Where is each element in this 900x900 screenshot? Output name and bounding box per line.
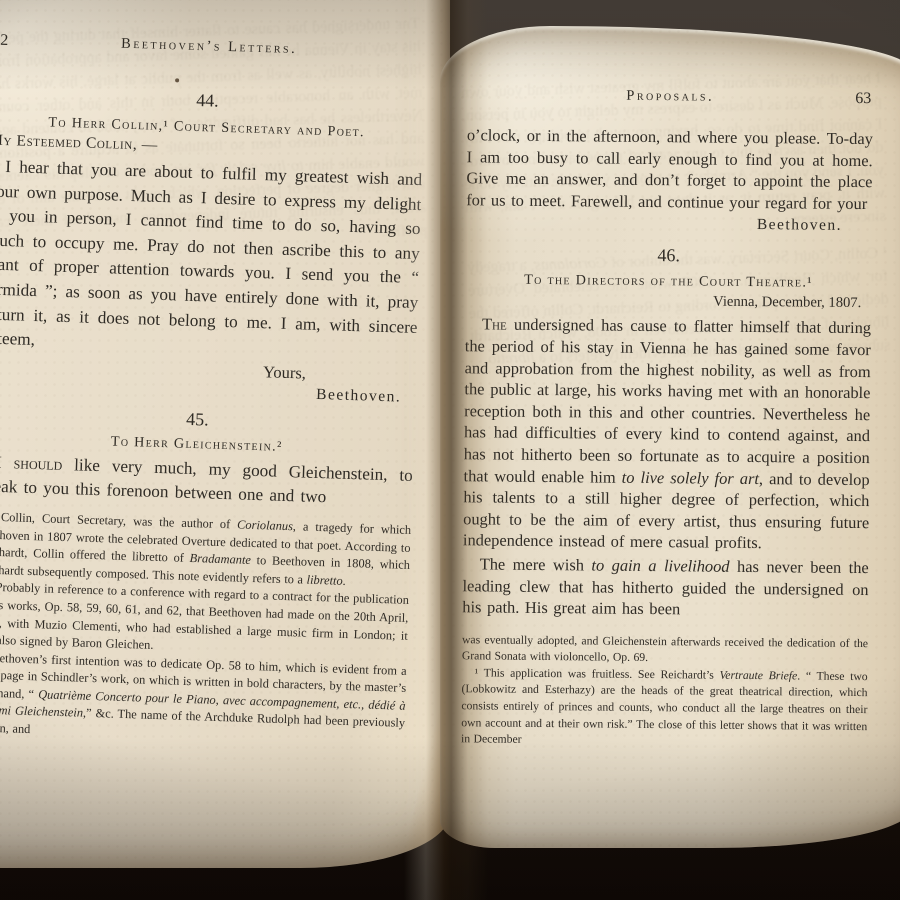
letter-46-body-paragraph-1: The undersigned has cause to flatter him… xyxy=(463,314,871,555)
letter-45-body: I should like very much, my good Gleiche… xyxy=(0,450,413,513)
running-head-right: Proposals. 63 xyxy=(467,86,873,112)
running-head-title-left: Beethoven’s Letters. xyxy=(121,36,298,58)
letter-44-number: 44. xyxy=(0,84,425,119)
page-number-right: 63 xyxy=(855,90,871,108)
right-page-content: Proposals. 63 o’clock, or in the afterno… xyxy=(434,26,900,852)
letter-45-signature: Beethoven. xyxy=(466,214,842,236)
running-head-title-right: Proposals. xyxy=(626,88,714,105)
footnote-gleichenstein-continued: Beethoven’s first intention was to dedic… xyxy=(0,649,407,751)
letter-46-dateline: Vienna, December, 1807. xyxy=(465,292,861,313)
left-page-footnotes: ¹ Collin, Court Secretary, was the autho… xyxy=(0,508,411,750)
right-page: I hear that you are about to fulfil my g… xyxy=(440,26,900,848)
letter-44-body: I hear that you are about to fulfil my g… xyxy=(0,154,422,364)
letter-46-heading: To the Directors of the Court Theatre.¹ xyxy=(465,272,871,293)
ink-speck xyxy=(175,78,179,82)
right-page-footnotes: was eventually adopted, and Gleichenstei… xyxy=(461,632,868,752)
footnote-court-theatre: ¹ This application was fruitless. See Re… xyxy=(461,665,868,752)
book-photo: The undersigned has cause to flatter him… xyxy=(0,0,900,900)
footnote-collin: ¹ Collin, Court Secretary, was the autho… xyxy=(0,508,411,592)
letter-46-body-paragraph-2: The mere wish to gain a livelihood has n… xyxy=(462,553,869,622)
left-page-content: 62 Beethoven’s Letters. 44. To Herr Coll… xyxy=(0,0,454,884)
letter-46-number: 46. xyxy=(466,244,872,269)
footnote-carryover: was eventually adopted, and Gleichenstei… xyxy=(462,632,868,669)
letter-45-continuation: o’clock, or in the afternoon, and where … xyxy=(466,124,873,214)
running-head-left: 62 Beethoven’s Letters. xyxy=(0,32,426,68)
left-page: The undersigned has cause to flatter him… xyxy=(0,0,450,868)
footnote-gleichenstein: ² Probably in reference to a conference … xyxy=(0,579,409,663)
page-number-left: 62 xyxy=(0,32,9,50)
